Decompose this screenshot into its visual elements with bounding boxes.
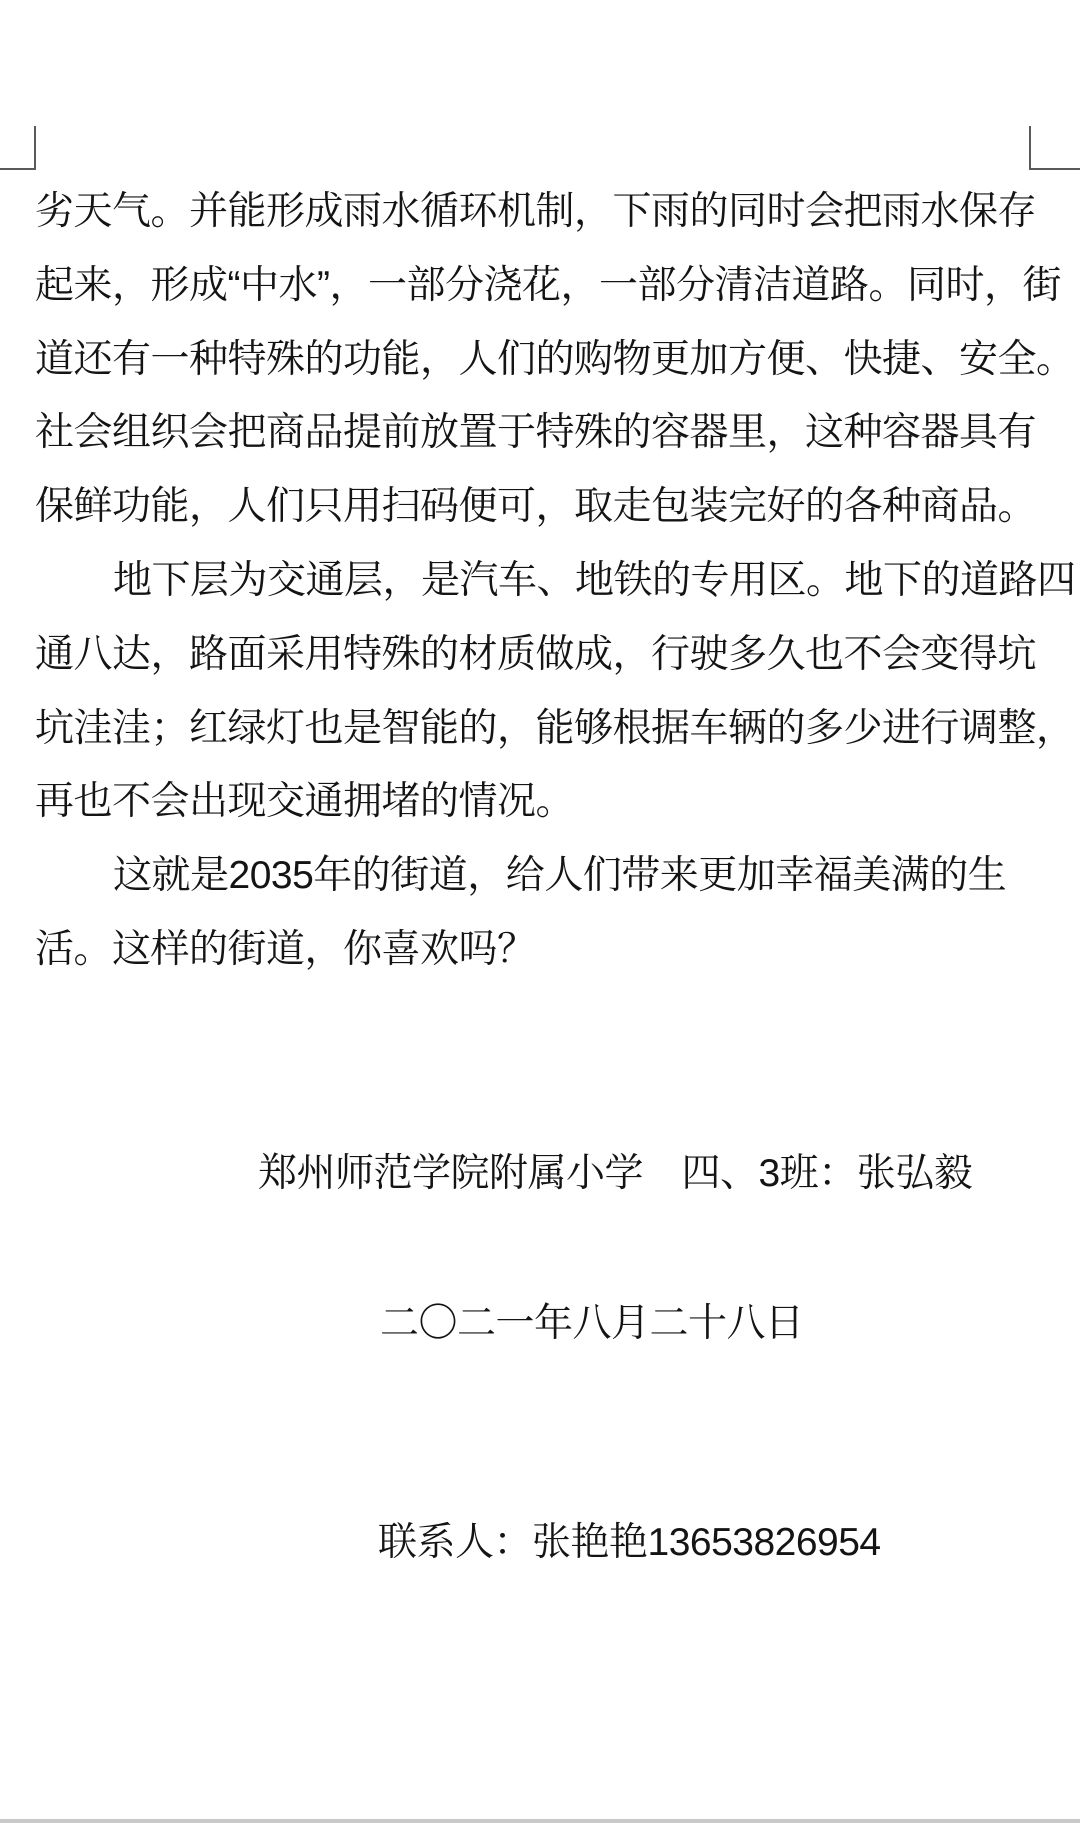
body-line: 劣天气。并能形成雨水循环机制，下雨的同时会把雨水保存 xyxy=(35,175,1057,249)
body-line: 活。这样的街道，你喜欢吗？ xyxy=(35,913,1057,987)
body-line-paragraph-start: 地下层为交通层，是汽车、地铁的专用区。地下的道路四 xyxy=(35,544,1057,618)
body-line: 保鲜功能，人们只用扫码便可，取走包装完好的各种商品。 xyxy=(35,470,1057,544)
body-line: 通八达，路面采用特殊的材质做成，行驶多久也不会变得坑 xyxy=(35,618,1057,692)
text-boundary-corner-top-right xyxy=(1029,126,1080,170)
essay-body: 劣天气。并能形成雨水循环机制，下雨的同时会把雨水保存 起来，形成“中水”，一部分… xyxy=(35,175,1057,987)
body-line-paragraph-start: 这就是2035年的街道，给人们带来更加幸福美满的生 xyxy=(35,839,1057,913)
body-line: 道还有一种特殊的功能，人们的购物更加方便、快捷、安全。 xyxy=(35,323,1057,397)
body-line: 起来，形成“中水”，一部分浇花，一部分清洁道路。同时，街 xyxy=(35,249,1057,323)
body-line: 再也不会出现交通拥堵的情况。 xyxy=(35,765,1057,839)
signature-line: 郑州师范学院附属小学 四、3班：张弘毅 xyxy=(258,1150,972,1198)
body-line: 坑洼洼；红绿灯也是智能的，能够根据车辆的多少进行调整， xyxy=(35,692,1057,766)
contact-line: 联系人：张艳艳13653826954 xyxy=(378,1519,881,1567)
date-line: 二〇二一年八月二十八日 xyxy=(380,1300,804,1348)
body-line: 社会组织会把商品提前放置于特殊的容器里，这种容器具有 xyxy=(35,396,1057,470)
photo-bottom-edge xyxy=(0,1819,1080,1823)
document-page: 劣天气。并能形成雨水循环机制，下雨的同时会把雨水保存 起来，形成“中水”，一部分… xyxy=(0,0,1080,1823)
text-boundary-corner-top-left xyxy=(0,126,36,170)
